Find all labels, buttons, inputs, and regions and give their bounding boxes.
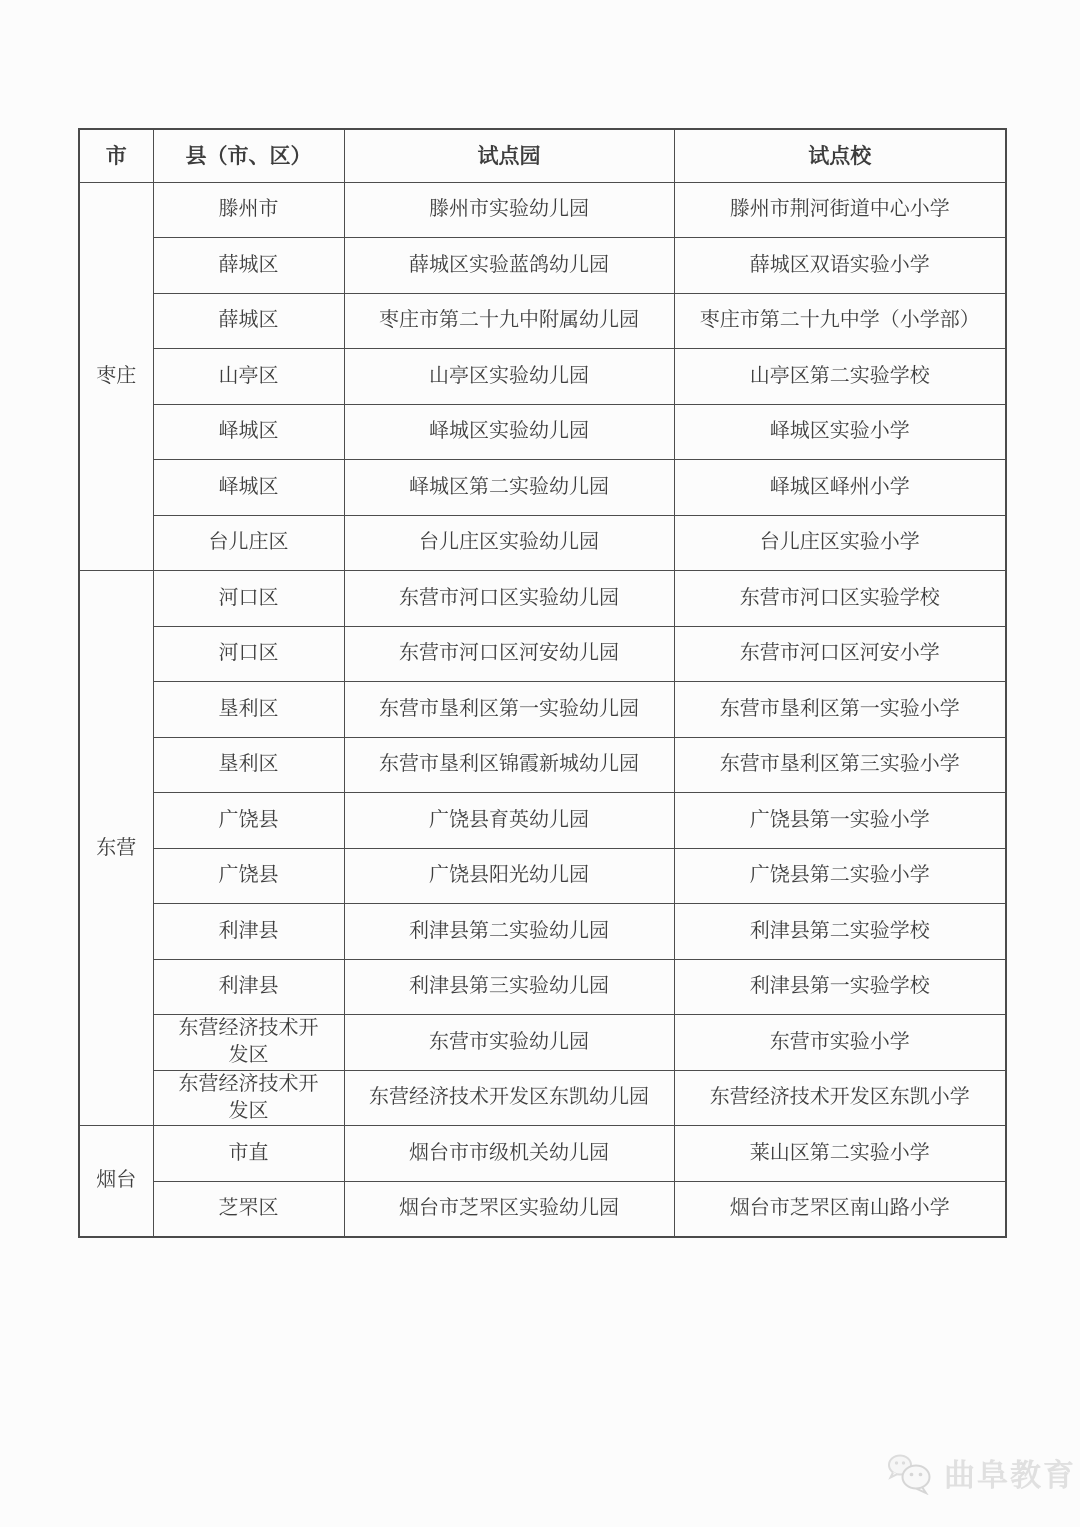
park-cell: 东营市垦利区锦霞新城幼儿园: [344, 737, 674, 793]
table-row: 东营河口区东营市河口区实验幼儿园东营市河口区实验学校: [79, 571, 1006, 627]
school-cell: 薛城区双语实验小学: [674, 238, 1006, 294]
county-cell: 薛城区: [153, 238, 344, 294]
county-cell: 芝罘区: [153, 1181, 344, 1237]
school-cell: 东营市河口区实验学校: [674, 571, 1006, 627]
park-cell: 东营市垦利区第一实验幼儿园: [344, 682, 674, 738]
school-cell: 利津县第二实验学校: [674, 904, 1006, 960]
school-cell: 枣庄市第二十九中学（小学部）: [674, 293, 1006, 349]
county-cell: 市直: [153, 1126, 344, 1182]
park-cell: 利津县第三实验幼儿园: [344, 959, 674, 1015]
school-cell: 利津县第一实验学校: [674, 959, 1006, 1015]
park-cell: 薛城区实验蓝鸽幼儿园: [344, 238, 674, 294]
county-cell: 薛城区: [153, 293, 344, 349]
table-row: 广饶县广饶县育英幼儿园广饶县第一实验小学: [79, 793, 1006, 849]
column-header-county: 县（市、区）: [153, 129, 344, 182]
table-row: 台儿庄区台儿庄区实验幼儿园台儿庄区实验小学: [79, 515, 1006, 571]
school-cell: 广饶县第一实验小学: [674, 793, 1006, 849]
park-cell: 峄城区第二实验幼儿园: [344, 460, 674, 516]
column-header-pilot-school: 试点校: [674, 129, 1006, 182]
table-row: 芝罘区烟台市芝罘区实验幼儿园烟台市芝罘区南山路小学: [79, 1181, 1006, 1237]
header-row: 市 县（市、区） 试点园 试点校: [79, 129, 1006, 182]
county-cell: 垦利区: [153, 682, 344, 738]
park-cell: 东营市实验幼儿园: [344, 1015, 674, 1071]
county-cell: 广饶县: [153, 848, 344, 904]
county-cell: 峄城区: [153, 460, 344, 516]
county-cell: 山亭区: [153, 349, 344, 405]
county-cell: 台儿庄区: [153, 515, 344, 571]
wechat-icon: [886, 1451, 934, 1495]
school-cell: 峄城区峄州小学: [674, 460, 1006, 516]
park-cell: 枣庄市第二十九中附属幼儿园: [344, 293, 674, 349]
county-cell: 利津县: [153, 904, 344, 960]
table-row: 垦利区东营市垦利区锦霞新城幼儿园东营市垦利区第三实验小学: [79, 737, 1006, 793]
school-cell: 东营市实验小学: [674, 1015, 1006, 1071]
watermark-label: 曲阜教育: [944, 1450, 1076, 1495]
county-cell: 东营经济技术开发区: [153, 1015, 344, 1071]
park-cell: 东营市河口区河安幼儿园: [344, 626, 674, 682]
park-cell: 东营经济技术开发区东凯幼儿园: [344, 1070, 674, 1126]
park-cell: 山亭区实验幼儿园: [344, 349, 674, 405]
column-header-pilot-kindergarten: 试点园: [344, 129, 674, 182]
school-cell: 莱山区第二实验小学: [674, 1126, 1006, 1182]
park-cell: 烟台市市级机关幼儿园: [344, 1126, 674, 1182]
table-row: 烟台市直烟台市市级机关幼儿园莱山区第二实验小学: [79, 1126, 1006, 1182]
table-row: 河口区东营市河口区河安幼儿园东营市河口区河安小学: [79, 626, 1006, 682]
park-cell: 滕州市实验幼儿园: [344, 182, 674, 238]
park-cell: 峄城区实验幼儿园: [344, 404, 674, 460]
school-cell: 峄城区实验小学: [674, 404, 1006, 460]
school-cell: 广饶县第二实验小学: [674, 848, 1006, 904]
city-cell: 东营: [79, 571, 153, 1126]
table-row: 垦利区东营市垦利区第一实验幼儿园东营市垦利区第一实验小学: [79, 682, 1006, 738]
park-cell: 台儿庄区实验幼儿园: [344, 515, 674, 571]
table-row: 峄城区峄城区第二实验幼儿园峄城区峄州小学: [79, 460, 1006, 516]
school-cell: 东营经济技术开发区东凯小学: [674, 1070, 1006, 1126]
county-cell: 河口区: [153, 571, 344, 627]
table-row: 东营经济技术开发区东营经济技术开发区东凯幼儿园东营经济技术开发区东凯小学: [79, 1070, 1006, 1126]
city-cell: 烟台: [79, 1126, 153, 1237]
county-cell: 广饶县: [153, 793, 344, 849]
school-cell: 台儿庄区实验小学: [674, 515, 1006, 571]
document-page: 市 县（市、区） 试点园 试点校 枣庄滕州市滕州市实验幼儿园滕州市荆河街道中心小…: [0, 0, 1080, 1527]
column-header-city: 市: [79, 129, 153, 182]
city-cell: 枣庄: [79, 182, 153, 571]
park-cell: 东营市河口区实验幼儿园: [344, 571, 674, 627]
table-row: 利津县利津县第二实验幼儿园利津县第二实验学校: [79, 904, 1006, 960]
table-row: 枣庄滕州市滕州市实验幼儿园滕州市荆河街道中心小学: [79, 182, 1006, 238]
school-cell: 烟台市芝罘区南山路小学: [674, 1181, 1006, 1237]
table-row: 利津县利津县第三实验幼儿园利津县第一实验学校: [79, 959, 1006, 1015]
county-cell: 垦利区: [153, 737, 344, 793]
school-cell: 东营市垦利区第三实验小学: [674, 737, 1006, 793]
county-cell: 利津县: [153, 959, 344, 1015]
table-row: 东营经济技术开发区东营市实验幼儿园东营市实验小学: [79, 1015, 1006, 1071]
pilot-table: 市 县（市、区） 试点园 试点校 枣庄滕州市滕州市实验幼儿园滕州市荆河街道中心小…: [78, 128, 1007, 1238]
table-row: 山亭区山亭区实验幼儿园山亭区第二实验学校: [79, 349, 1006, 405]
park-cell: 广饶县育英幼儿园: [344, 793, 674, 849]
school-cell: 滕州市荆河街道中心小学: [674, 182, 1006, 238]
park-cell: 广饶县阳光幼儿园: [344, 848, 674, 904]
county-cell: 河口区: [153, 626, 344, 682]
school-cell: 东营市垦利区第一实验小学: [674, 682, 1006, 738]
table-body: 枣庄滕州市滕州市实验幼儿园滕州市荆河街道中心小学薛城区薛城区实验蓝鸽幼儿园薛城区…: [79, 182, 1006, 1237]
school-cell: 东营市河口区河安小学: [674, 626, 1006, 682]
county-cell: 滕州市: [153, 182, 344, 238]
table-row: 峄城区峄城区实验幼儿园峄城区实验小学: [79, 404, 1006, 460]
watermark: 曲阜教育: [886, 1450, 1076, 1495]
school-cell: 山亭区第二实验学校: [674, 349, 1006, 405]
park-cell: 烟台市芝罘区实验幼儿园: [344, 1181, 674, 1237]
county-cell: 东营经济技术开发区: [153, 1070, 344, 1126]
table-row: 广饶县广饶县阳光幼儿园广饶县第二实验小学: [79, 848, 1006, 904]
park-cell: 利津县第二实验幼儿园: [344, 904, 674, 960]
county-cell: 峄城区: [153, 404, 344, 460]
table-row: 薛城区薛城区实验蓝鸽幼儿园薛城区双语实验小学: [79, 238, 1006, 294]
table-row: 薛城区枣庄市第二十九中附属幼儿园枣庄市第二十九中学（小学部）: [79, 293, 1006, 349]
